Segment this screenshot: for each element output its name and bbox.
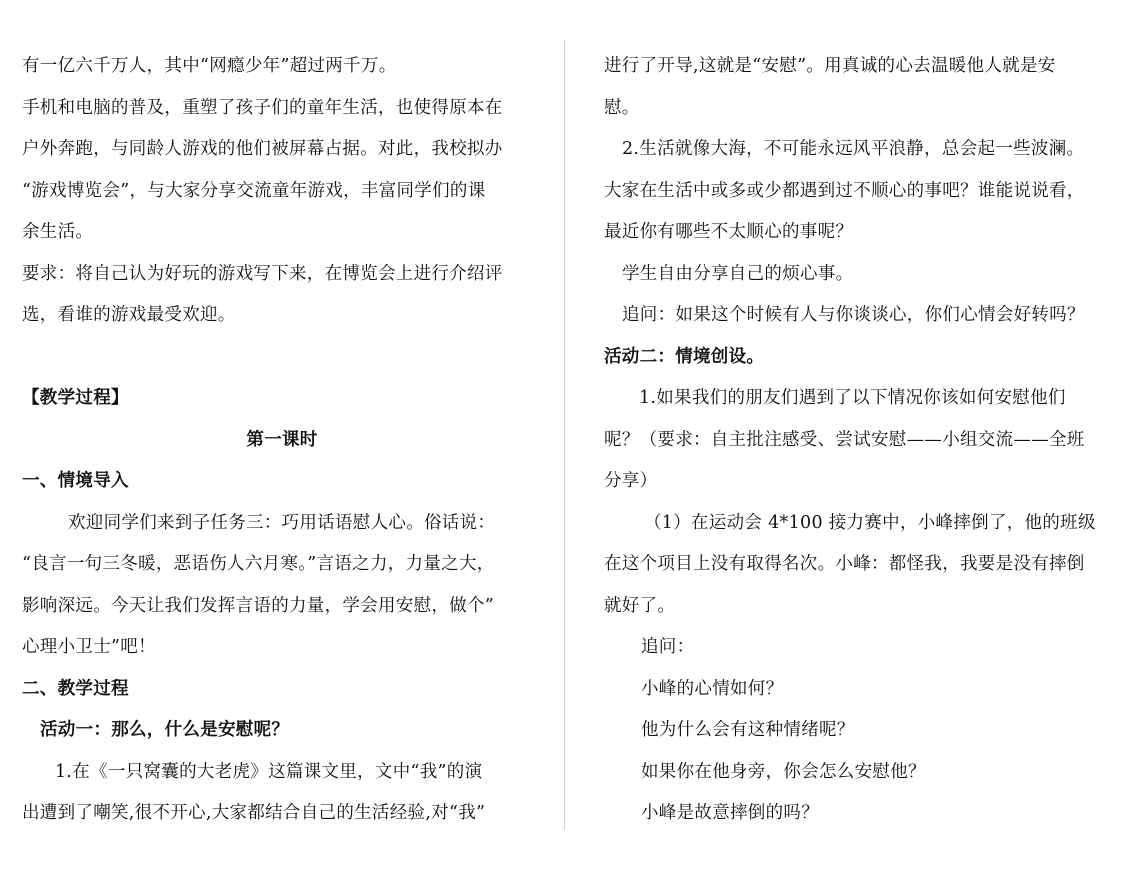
heading-line: 活动一：那么，什么是安慰呢？ [22,710,542,752]
paragraph-line: 1.在《一只窝囊的大老虎》这篇课文里，文中“我”的演 [22,752,542,794]
left-column: 有一亿六千万人，其中“网瘾少年”超过两千万。手机和电脑的普及，重塑了孩子们的童年… [22,46,542,835]
heading-line: 第一课时 [22,420,542,462]
paragraph-line: 小峰的心情如何？ [604,669,1114,711]
paragraph-line: “游戏博览会”，与大家分享交流童年游戏，丰富同学们的课 [22,171,542,213]
paragraph-line: 最近你有哪些不太顺心的事呢？ [604,212,1114,254]
paragraph-line: 进行了开导,这就是“安慰”。用真诚的心去温暖他人就是安 [604,46,1114,88]
heading-line: 一、情境导入 [22,461,542,503]
paragraph-line: 余生活。 [22,212,542,254]
paragraph-line: 2.生活就像大海，不可能永远风平浪静，总会起一些波澜。 [604,129,1114,171]
paragraph-line: 心理小卫士”吧！ [22,627,542,669]
paragraph-line: 要求：将自己认为好玩的游戏写下来，在博览会上进行介绍评 [22,254,542,296]
paragraph-line: 追问： [604,627,1114,669]
paragraph-line: 慰。 [604,88,1114,130]
heading-line: 【教学过程】 [22,378,542,420]
paragraph-line: 欢迎同学们来到子任务三：巧用话语慰人心。俗话说： [22,503,542,545]
paragraph-line: 他为什么会有这种情绪呢？ [604,710,1114,752]
paragraph-line: 在这个项目上没有取得名次。小峰：都怪我，我要是没有摔倒 [604,544,1114,586]
right-column: 进行了开导,这就是“安慰”。用真诚的心去温暖他人就是安慰。2.生活就像大海，不可… [604,46,1114,835]
paragraph-line: 选，看谁的游戏最受欢迎。 [22,295,542,337]
paragraph-line: 手机和电脑的普及，重塑了孩子们的童年生活，也使得原本在 [22,88,542,130]
paragraph-line: 小峰是故意摔倒的吗？ [604,793,1114,835]
heading-line: 活动二：情境创设。 [604,337,1114,379]
paragraph-line: （1）在运动会 4*100 接力赛中，小峰摔倒了，他的班级 [604,503,1114,545]
paragraph-line: 学生自由分享自己的烦心事。 [604,254,1114,296]
paragraph-line: 有一亿六千万人，其中“网瘾少年”超过两千万。 [22,46,542,88]
paragraph-line: 出遭到了嘲笑,很不开心,大家都结合自己的生活经验,对“我” [22,793,542,835]
paragraph-line: 分享） [604,461,1114,503]
paragraph-line: 就好了。 [604,586,1114,628]
paragraph-line: 大家在生活中或多或少都遇到过不顺心的事吧？谁能说说看， [604,171,1114,213]
paragraph-line: “良言一句三冬暖，恶语伤人六月寒。”言语之力，力量之大， [22,544,542,586]
paragraph-line: 影响深远。今天让我们发挥言语的力量，学会用安慰，做个” [22,586,542,628]
paragraph-line: 呢？（要求：自主批注感受、尝试安慰——小组交流——全班 [604,420,1114,462]
paragraph-line: 1.如果我们的朋友们遇到了以下情况你该如何安慰他们 [604,378,1114,420]
paragraph-line: 如果你在他身旁，你会怎么安慰他？ [604,752,1114,794]
column-divider [564,40,565,830]
paragraph-line [22,337,542,379]
paragraph-line: 户外奔跑，与同龄人游戏的他们被屏幕占据。对此，我校拟办 [22,129,542,171]
heading-line: 二、教学过程 [22,669,542,711]
paragraph-line: 追问：如果这个时候有人与你谈谈心，你们心情会好转吗？ [604,295,1114,337]
